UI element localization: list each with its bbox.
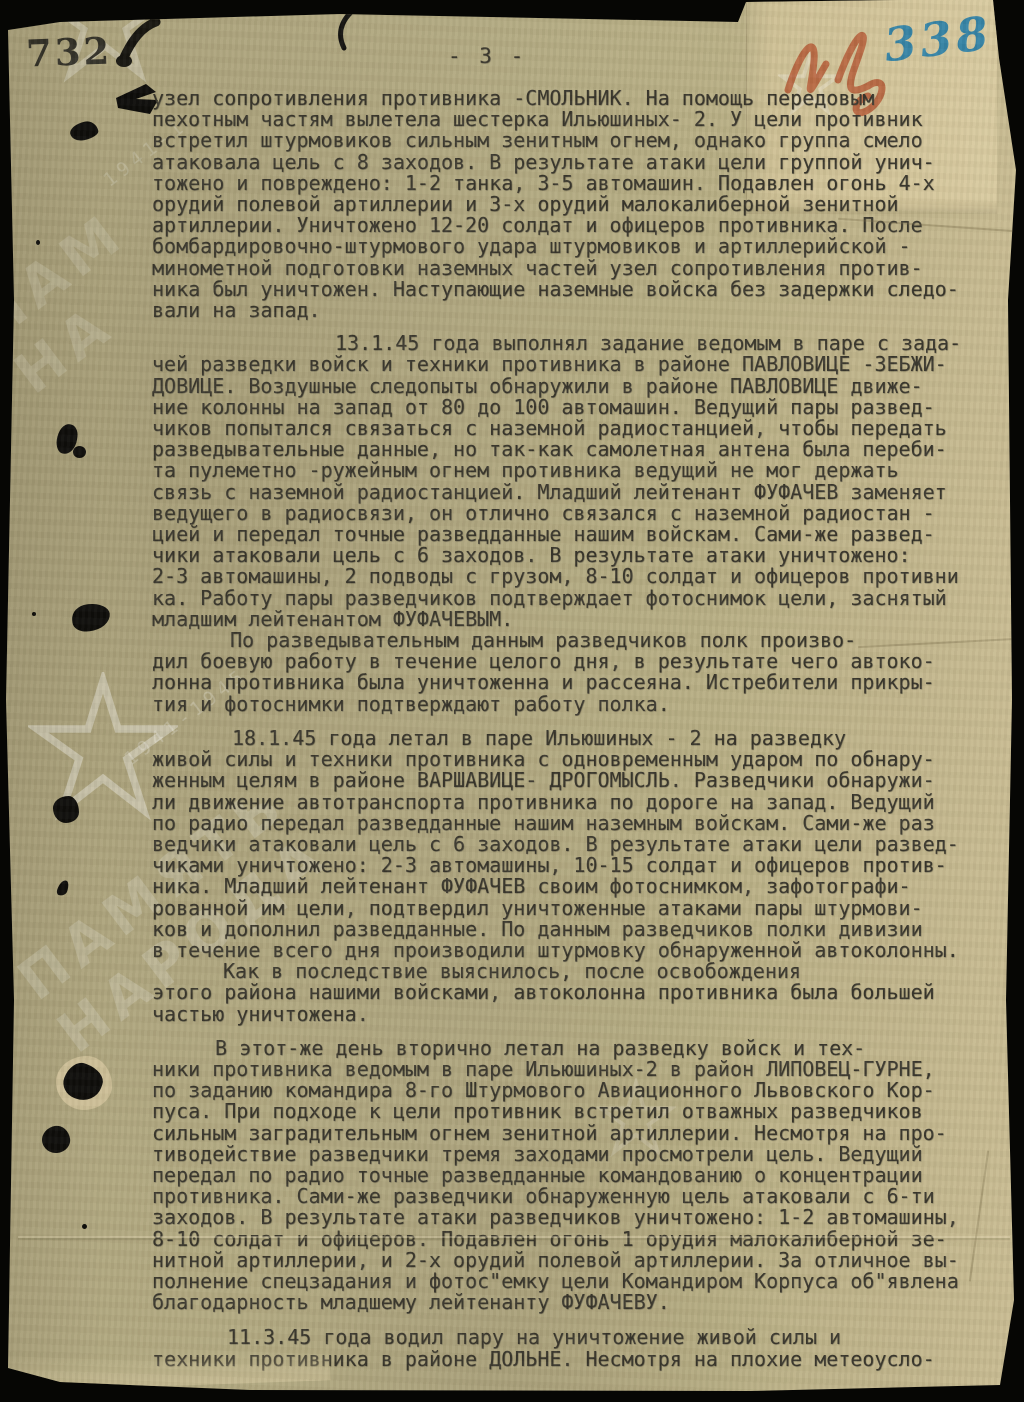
paragraph: узел сопротивления противника -СМОЛЬНИК.…: [152, 88, 1012, 321]
page-number: - 3 -: [448, 44, 526, 68]
ink-blot: [40, 1124, 71, 1155]
scanned-document: 1941-1945 ПАМЯТЬНАРОДА 1941-1 ПАМНА 732 …: [0, 0, 1024, 1402]
ink-blot: [73, 446, 86, 458]
ink-speck: [32, 612, 36, 616]
paragraph: В этот-же день вторично летал на разведк…: [152, 1038, 1012, 1314]
pen-check-mark: [112, 16, 172, 72]
ink-speck: [82, 1224, 87, 1229]
ink-blot: [68, 119, 99, 142]
paper-crease: [18, 1236, 1010, 1238]
ink-blot: [71, 602, 112, 633]
paper-sheet: 1941-1945 ПАМЯТЬНАРОДА 1941-1 ПАМНА 732 …: [0, 0, 1024, 1402]
paragraph: Как в последствие выяснилось, после осво…: [152, 961, 1012, 1025]
ink-blot: [56, 879, 70, 897]
paper-bottom-edge: [0, 1346, 330, 1391]
ink-speck: [36, 240, 40, 245]
typewritten-text: узел сопротивления противника -СМОЛЬНИК.…: [152, 88, 1012, 1370]
archive-number-pencil: 732: [25, 29, 113, 76]
pen-stroke-mark: [328, 2, 372, 52]
paragraph: 13.1.45 года выполнял задание ведомым в …: [152, 333, 1012, 630]
paragraph: По разведывательным данным разведчиков п…: [152, 630, 1012, 715]
paragraph: 18.1.45 года летал в паре Ильюшиных - 2 …: [152, 728, 1012, 961]
ink-blot: [53, 796, 79, 823]
